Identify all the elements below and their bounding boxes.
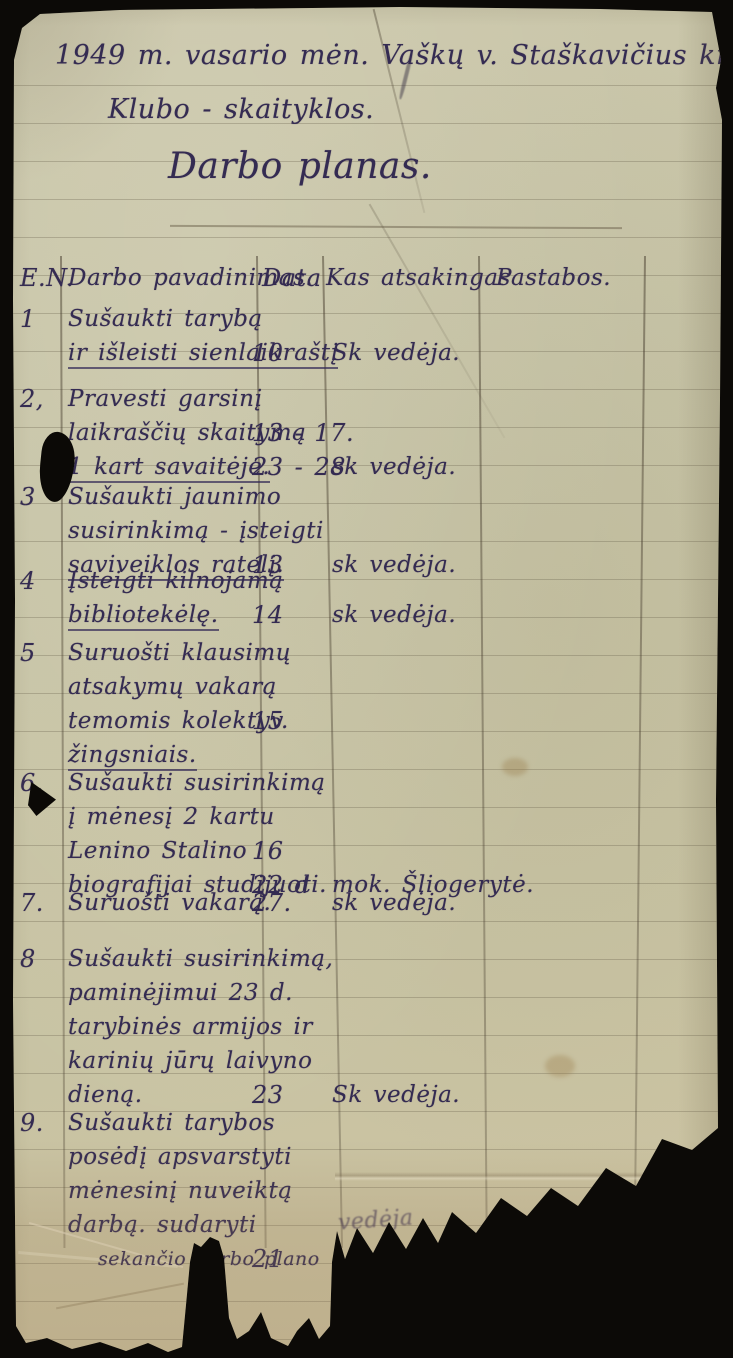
task-text-span: Sušaukti jaunimo — [68, 484, 281, 510]
table-row-line: bibliotekėlę.14sk vedėja. — [14, 598, 733, 632]
task-text-span: į mėnesį 2 kartu — [68, 804, 275, 830]
task-text: Suruošti klausimų — [62, 636, 244, 670]
row-number: 1 — [14, 302, 62, 336]
task-text-span: Pravesti garsinį — [68, 386, 262, 412]
responsible-value: sk vedėja. — [316, 450, 480, 484]
task-text: paminėjimui 23 d. — [62, 976, 244, 1010]
date-value: 14 — [244, 598, 316, 632]
task-text: posėdį apsvarstyti — [62, 1140, 244, 1174]
table-row-line: 3Sušaukti jaunimo — [14, 480, 733, 514]
table-row: 2,Pravesti garsinįlaikraščių skaitymą13 … — [14, 382, 733, 484]
date-value: 15 — [244, 704, 316, 738]
task-text: Sušaukti susirinkimą, — [62, 942, 244, 976]
table-row-line: 6.Sušaukti susirinkimą — [14, 766, 733, 800]
task-text-span: dieną. — [68, 1082, 143, 1108]
column-header-number: E.N. — [14, 258, 62, 298]
torn-ghost-text: vedėja — [337, 1205, 414, 1235]
task-text: Pravesti garsinį — [62, 382, 244, 416]
task-text-span: bibliotekėlę. — [68, 602, 219, 631]
row-number: 5 — [14, 636, 62, 670]
task-text-span: mėnesinį nuveiktą — [68, 1178, 292, 1204]
document-title: Darbo planas. — [168, 146, 432, 187]
row-number: 9. — [14, 1106, 62, 1140]
work-table-rows: 1Sušaukti tarybąir išleisti sienlaikrašt… — [14, 302, 733, 1276]
row-number: 2, — [14, 382, 62, 416]
table-row-line: posėdį apsvarstyti — [14, 1140, 733, 1174]
table-row-line: tarybinės armijos ir — [14, 1010, 733, 1044]
task-text: bibliotekėlę. — [62, 598, 244, 632]
document-header-line-1: 1949 m. vasario mėn. Vaškų v. Staškaviči… — [55, 40, 733, 71]
task-text: Lenino Stalino — [62, 834, 244, 868]
task-text-span: Sušaukti tarybos — [68, 1110, 275, 1136]
table-row-line: 1 kart savaitėje.23 - 28sk vedėja. — [14, 450, 733, 484]
task-text-span: atsakymų vakarą — [68, 674, 277, 700]
date-value: 16 — [244, 834, 316, 868]
task-text: temomis kolektyv. — [62, 704, 244, 738]
work-plan-table: E.N. Darbo pavadinimas. Data Kas atsakin… — [14, 258, 733, 1276]
task-text: darbą. sudaryti — [62, 1208, 244, 1242]
table-row-line: sekančio darbo plano21 — [14, 1242, 733, 1276]
task-text-span: Sušaukti susirinkimą, — [68, 946, 333, 972]
task-text-span: Suruošti klausimų — [68, 640, 291, 666]
responsible-value: sk vedėja. — [316, 548, 480, 582]
table-row: 5Suruošti klausimųatsakymų vakarątemomis… — [14, 636, 733, 772]
table-row-line: karinių jūrų laivyno — [14, 1044, 733, 1078]
table-row-line: ir išleisti sienlaikraštį10Sk vedėja. — [14, 336, 733, 370]
table-row-line: 2,Pravesti garsinį — [14, 382, 733, 416]
table-row-line: Lenino Stalino16 — [14, 834, 733, 868]
table-row-line: 5Suruošti klausimų — [14, 636, 733, 670]
column-header-date: Data — [244, 258, 316, 298]
task-text-span: posėdį apsvarstyti — [68, 1144, 292, 1170]
task-text-span: 1 kart savaitėje. — [68, 454, 270, 483]
table-row-line: 7.Suruošti vakarą.27.sk vedėja. — [14, 886, 733, 920]
task-text: mėnesinį nuveiktą — [62, 1174, 244, 1208]
table-row-line: temomis kolektyv.15 — [14, 704, 733, 738]
paper-sheet: 1949 m. vasario mėn. Vaškų v. Staškaviči… — [0, 0, 733, 1358]
task-text: Suruošti vakarą. — [62, 886, 244, 920]
task-text-span: Lenino Stalino — [68, 838, 247, 864]
table-row: 1Sušaukti tarybąir išleisti sienlaikrašt… — [14, 302, 733, 370]
task-text: Sušaukti susirinkimą — [62, 766, 244, 800]
responsible-value: Sk vedėja. — [316, 336, 480, 370]
task-text: Sušaukti jaunimo — [62, 480, 244, 514]
task-text: laikraščių skaitymą — [62, 416, 244, 450]
task-text-span: paminėjimui 23 d. — [68, 980, 293, 1006]
task-text: Sušaukti tarybos — [62, 1106, 244, 1140]
column-header-task: Darbo pavadinimas. — [62, 258, 244, 298]
date-value: 10 — [244, 336, 316, 370]
task-text: Sušaukti tarybą — [62, 302, 244, 336]
date-value: 23 — [244, 1078, 316, 1112]
task-text: susirinkimą - įsteigti — [62, 514, 244, 548]
row-number: 4 — [14, 564, 62, 598]
table-row-line: paminėjimui 23 d. — [14, 976, 733, 1010]
row-number: 7. — [14, 886, 62, 920]
column-header-responsible: Kas atsakingas — [316, 258, 480, 298]
date-value: 23 - 28 — [244, 450, 316, 484]
table-row-line: 1Sušaukti tarybą — [14, 302, 733, 336]
task-text: sekančio darbo plano — [62, 1242, 244, 1276]
responsible-value: Sk vedėja. — [316, 1078, 480, 1112]
table-row-line: 8Sušaukti susirinkimą, — [14, 942, 733, 976]
table-row: 8Sušaukti susirinkimą,paminėjimui 23 d.t… — [14, 942, 733, 1112]
table-row-line: laikraščių skaitymą13 - 17. — [14, 416, 733, 450]
table-row-line: susirinkimą - įsteigti — [14, 514, 733, 548]
task-text: į mėnesį 2 kartu — [62, 800, 244, 834]
task-text-span: tarybinės armijos ir — [68, 1014, 313, 1040]
task-text: ir išleisti sienlaikraštį — [62, 336, 244, 370]
task-text: tarybinės armijos ir — [62, 1010, 244, 1044]
row-number: 8 — [14, 942, 62, 976]
date-value: 13 - 17. — [244, 416, 316, 450]
task-text-span: Sušaukti tarybą — [68, 306, 263, 332]
task-text: atsakymų vakarą — [62, 670, 244, 704]
column-header-notes: Pastabos. — [480, 258, 733, 298]
task-text-span: darbą. sudaryti — [68, 1212, 257, 1238]
task-text: 1 kart savaitėje. — [62, 450, 244, 484]
document-header-line-2: Klubo - skaityklos. — [108, 94, 374, 125]
scanned-document-scene: 1949 m. vasario mėn. Vaškų v. Staškaviči… — [0, 0, 733, 1358]
task-text-span: Įsteigti kilnojamą — [68, 568, 283, 594]
task-text: karinių jūrų laivyno — [62, 1044, 244, 1078]
task-text: Įsteigti kilnojamą — [62, 564, 244, 598]
table-row-line: į mėnesį 2 kartu — [14, 800, 733, 834]
date-value: 21 — [244, 1242, 316, 1276]
task-text-span: Sušaukti susirinkimą — [68, 770, 326, 796]
task-text-span: Suruošti vakarą. — [68, 890, 271, 916]
table-row: 6.Sušaukti susirinkimąį mėnesį 2 kartuLe… — [14, 766, 733, 902]
table-header-row: E.N. Darbo pavadinimas. Data Kas atsakin… — [14, 258, 733, 298]
table-row: 7.Suruošti vakarą.27.sk vedėja. — [14, 886, 733, 920]
date-value: 27. — [244, 886, 316, 920]
task-text-span: susirinkimą - įsteigti — [68, 518, 324, 544]
task-text-span: karinių jūrų laivyno — [68, 1048, 312, 1074]
responsible-value: sk vedėja. — [316, 598, 480, 632]
table-row: 9.Sušaukti tarybosposėdį apsvarstytimėne… — [14, 1106, 733, 1276]
table-row-line: mėnesinį nuveiktą — [14, 1174, 733, 1208]
table-row-line: atsakymų vakarą — [14, 670, 733, 704]
responsible-value: sk vedėja. — [316, 886, 480, 920]
